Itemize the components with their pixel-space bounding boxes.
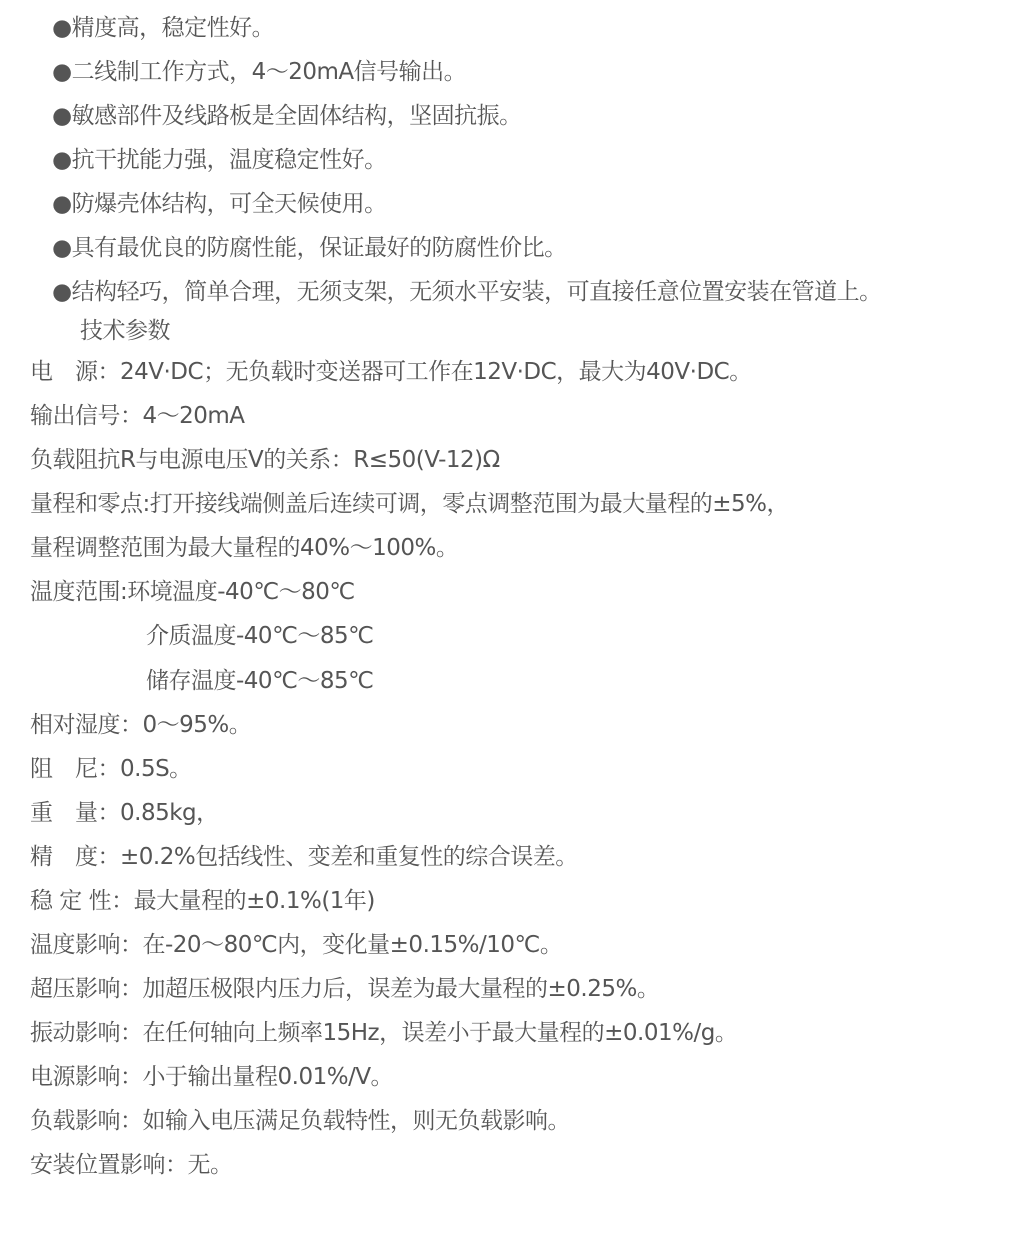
spec-line: 精 度：±0.2%包括线性、变差和重复性的综合误差。 <box>30 842 578 872</box>
section-heading: 技术参数 <box>80 316 170 346</box>
feature-item: ●二线制工作方式，4～20mA信号输出。 <box>52 57 466 87</box>
bullet-icon: ● <box>52 147 72 173</box>
spec-line: 安装位置影响：无。 <box>30 1150 233 1180</box>
feature-item: ●抗干扰能力强，温度稳定性好。 <box>52 145 387 175</box>
spec-line: 阻 尼：0.5S。 <box>30 754 192 784</box>
feature-item: ●结构轻巧，简单合理，无须支架，无须水平安装，可直接任意位置安装在管道上。 <box>52 277 882 307</box>
feature-item: ●具有最优良的防腐性能，保证最好的防腐性价比。 <box>52 233 567 263</box>
spec-line: 相对湿度：0～95%。 <box>30 710 251 740</box>
spec-line: 储存温度-40℃～85℃ <box>146 666 374 696</box>
spec-line: 负载影响：如输入电压满足负载特性，则无负载影响。 <box>30 1106 570 1136</box>
bullet-icon: ● <box>52 15 72 41</box>
spec-line: 输出信号：4～20mA <box>30 401 245 431</box>
feature-item: ●敏感部件及线路板是全固体结构，坚固抗振。 <box>52 101 522 131</box>
spec-line: 振动影响：在任何轴向上频率15Hz，误差小于最大量程的±0.01%/g。 <box>30 1018 737 1048</box>
bullet-icon: ● <box>52 59 72 85</box>
spec-line: 量程调整范围为最大量程的40%～100%。 <box>30 533 458 563</box>
bullet-icon: ● <box>52 191 72 217</box>
spec-line: 负载阻抗R与电源电压V的关系：R≤50(V-12)Ω <box>30 445 500 475</box>
spec-line: 温度范围:环境温度-40℃～80℃ <box>30 577 355 607</box>
spec-line: 电源影响：小于输出量程0.01%/V。 <box>30 1062 393 1092</box>
spec-line: 温度影响：在-20～80℃内，变化量±0.15%/10℃。 <box>30 930 562 960</box>
spec-line: 稳 定 性：最大量程的±0.1%(1年) <box>30 886 375 916</box>
feature-item: ●防爆壳体结构，可全天候使用。 <box>52 189 387 219</box>
spec-line: 重 量：0.85kg， <box>30 798 219 828</box>
spec-line: 超压影响：加超压极限内压力后，误差为最大量程的±0.25%。 <box>30 974 659 1004</box>
feature-item: ●精度高，稳定性好。 <box>52 13 274 43</box>
bullet-icon: ● <box>52 279 72 305</box>
spec-line: 介质温度-40℃～85℃ <box>146 621 374 651</box>
spec-line: 量程和零点:打开接线端侧盖后连续可调，零点调整范围为最大量程的±5%， <box>30 489 789 519</box>
bullet-icon: ● <box>52 103 72 129</box>
bullet-icon: ● <box>52 235 72 261</box>
spec-line: 电 源：24V·DC；无负载时变送器可工作在12V·DC，最大为40V·DC。 <box>30 357 752 387</box>
